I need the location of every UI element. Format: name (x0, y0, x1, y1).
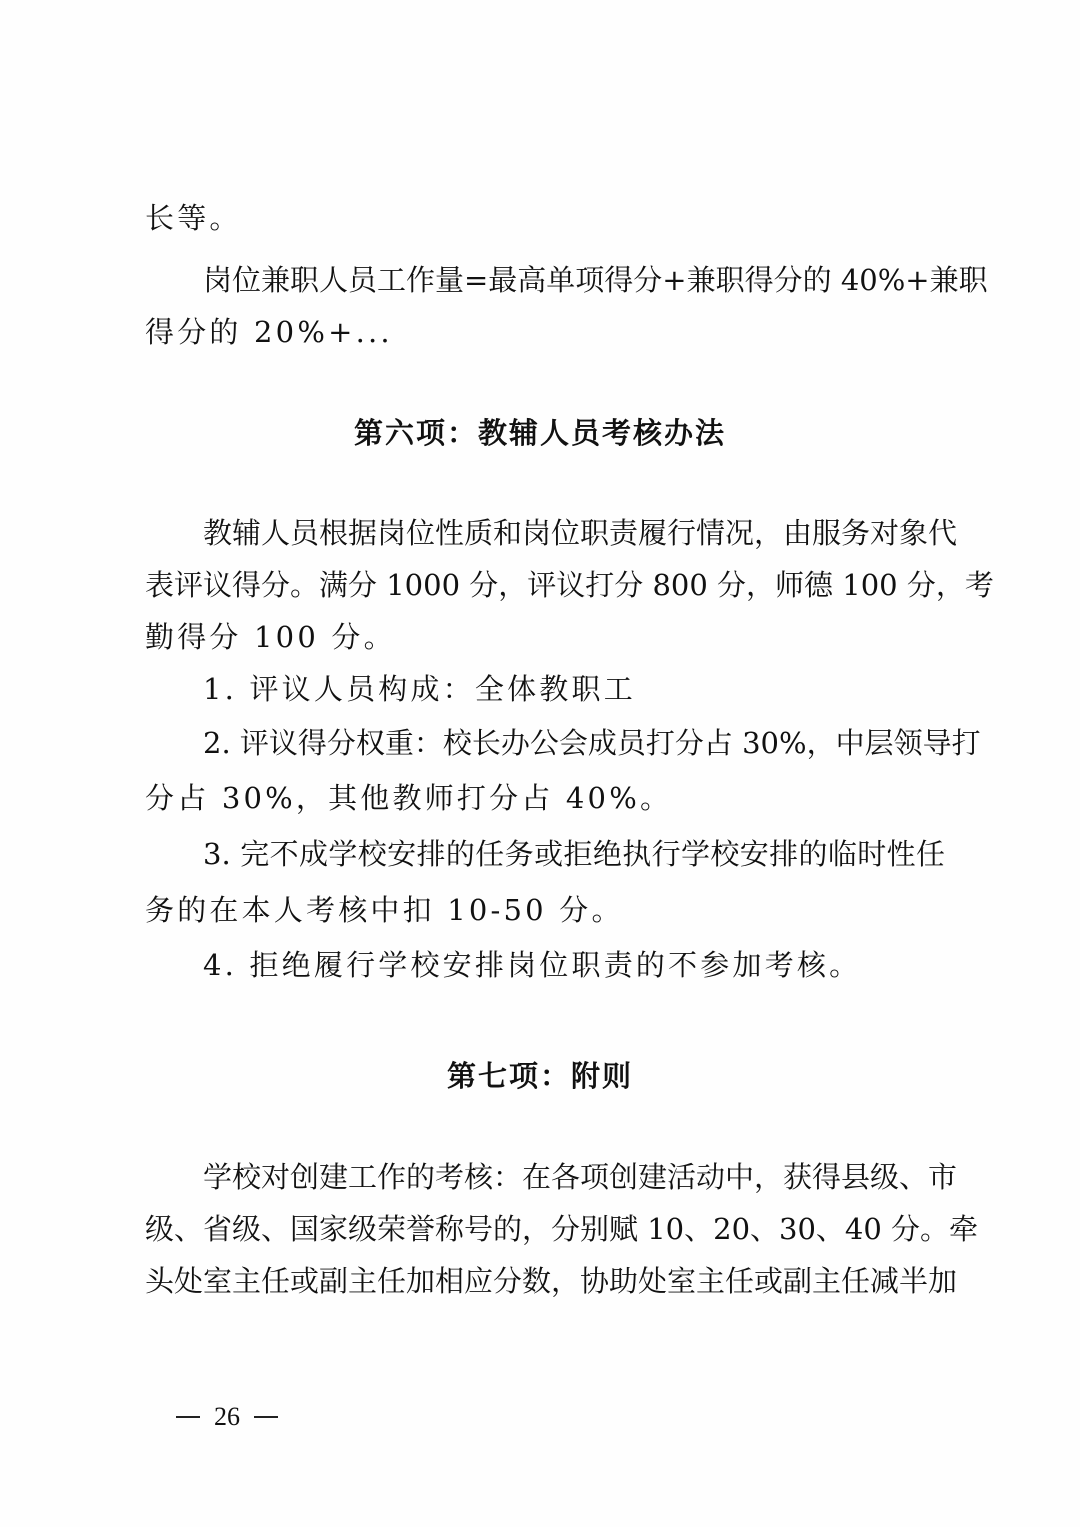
list-item-2-line-1: 2. 评议得分权重：校长办公会成员打分占 30%，中层领导打 (203, 723, 945, 763)
document-page: 长等。 岗位兼职人员工作量=最高单项得分+兼职得分的 40%+兼职 得分的 20… (0, 0, 1080, 1527)
dash-left (176, 1416, 200, 1418)
section7-paragraph-line-1: 学校对创建工作的考核：在各项创建活动中，获得县级、市 (203, 1157, 945, 1197)
workload-formula-line-1: 岗位兼职人员工作量=最高单项得分+兼职得分的 40%+兼职 (203, 260, 945, 300)
paragraph-continuation: 长等。 (145, 198, 945, 238)
section7-paragraph-line-2: 级、省级、国家级荣誉称号的，分别赋 10、20、30、40 分。牵 (145, 1209, 945, 1249)
page-number: 26 (214, 1402, 240, 1432)
list-item-1: 1. 评议人员构成：全体教职工 (203, 669, 945, 709)
section-heading-6: 第六项：教辅人员考核办法 (0, 413, 1080, 453)
list-item-3-line-2: 务的在本人考核中扣 10-50 分。 (145, 890, 945, 930)
section-heading-7: 第七项：附则 (0, 1056, 1080, 1096)
section7-paragraph-line-3: 头处室主任或副主任加相应分数，协助处室主任或副主任减半加 (145, 1261, 945, 1301)
page-number-footer: 26 (176, 1402, 278, 1432)
workload-formula-line-2: 得分的 20%+... (145, 312, 945, 352)
list-item-3-line-1: 3. 完不成学校安排的任务或拒绝执行学校安排的临时性任 (203, 834, 945, 874)
section6-intro-line-1: 教辅人员根据岗位性质和岗位职责履行情况，由服务对象代 (203, 513, 945, 553)
section6-intro-line-3: 勤得分 100 分。 (145, 617, 945, 657)
list-item-4: 4. 拒绝履行学校安排岗位职责的不参加考核。 (203, 945, 945, 985)
list-item-2-line-2: 分占 30%，其他教师打分占 40%。 (145, 778, 945, 818)
section6-intro-line-2: 表评议得分。满分 1000 分，评议打分 800 分，师德 100 分，考 (145, 565, 945, 605)
dash-right (254, 1416, 278, 1418)
